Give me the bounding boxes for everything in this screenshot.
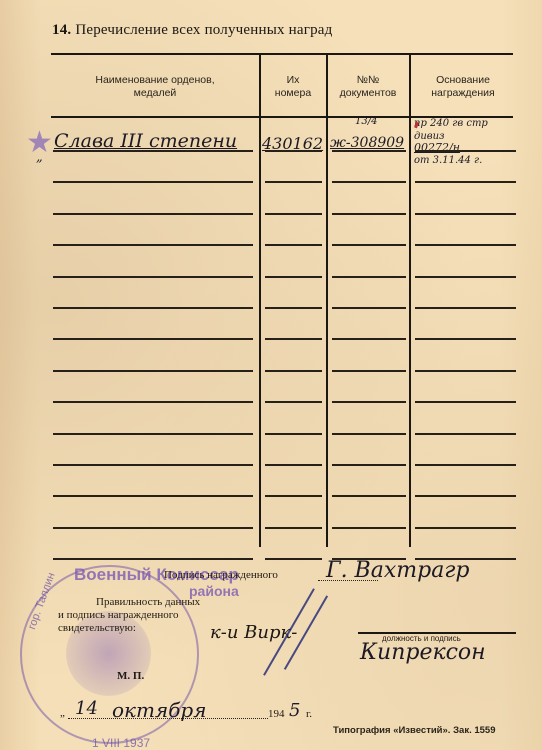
table-row-line <box>265 150 322 152</box>
table-row-line <box>332 370 406 372</box>
table-row-line <box>415 276 516 278</box>
stamp-date: 1 VIII 1937 <box>92 736 150 750</box>
award-basis-line-1: пр 240 гв стр <box>414 118 488 129</box>
table-row-line <box>53 527 253 529</box>
column-header-award-basis: Основание награждения <box>411 58 515 116</box>
table-row-line <box>332 150 406 152</box>
table-top-rule <box>51 53 513 55</box>
award-basis-line-3: 00272/н <box>414 141 460 154</box>
section-title: 14. Перечисление всех полученных наград <box>52 22 333 39</box>
table-row-line <box>415 244 516 246</box>
ditto-mark: „ <box>36 150 43 165</box>
table-row-line <box>53 464 253 466</box>
table-row-line <box>53 338 253 340</box>
column-divider <box>326 55 328 547</box>
table-row-line <box>265 433 322 435</box>
table-row-line <box>415 464 516 466</box>
seal-label: М. П. <box>117 670 144 682</box>
date-year-label: г. <box>306 708 312 720</box>
document-number-cell: ж-308909 <box>330 135 404 151</box>
table-row-line <box>415 370 516 372</box>
table-row-line <box>415 527 516 529</box>
table-row-line <box>332 338 406 340</box>
table-row-line <box>332 464 406 466</box>
recipient-signature-label: Подпись награжденного <box>164 569 278 581</box>
column-header-award-name: Наименование орденов, медалей <box>55 58 255 116</box>
column-header-numbers: Их номера <box>261 58 325 116</box>
date-month: октября <box>112 698 206 722</box>
table-row-line <box>265 558 322 560</box>
table-row-line <box>415 213 516 215</box>
table-row-line <box>53 433 253 435</box>
certify-text-line-2: и подпись награжденного <box>58 609 178 621</box>
table-row-line <box>53 213 253 215</box>
printer-footer: Типография «Известий». Зак. 1559 <box>333 725 496 736</box>
table-row-line <box>265 213 322 215</box>
table-row-line <box>53 276 253 278</box>
award-basis-line-4: от 3.11.44 г. <box>414 155 482 166</box>
table-row-line <box>53 307 253 309</box>
table-row-line <box>265 181 322 183</box>
table-row-line <box>332 433 406 435</box>
table-row-line <box>332 276 406 278</box>
table-row-line <box>265 307 322 309</box>
date-day: 14 <box>75 698 98 719</box>
table-row-line <box>53 244 253 246</box>
official-signature: Кипрексон <box>360 640 486 665</box>
document-number-top: 13/4 <box>355 116 377 127</box>
table-row-line <box>332 495 406 497</box>
table-row-line <box>265 464 322 466</box>
date-year-prefix: 194 <box>268 708 285 720</box>
table-row-line <box>265 276 322 278</box>
column-divider <box>409 55 411 547</box>
section-number: 14. <box>52 22 71 38</box>
table-row-line <box>53 495 253 497</box>
table-row-line <box>415 181 516 183</box>
table-row-line <box>332 401 406 403</box>
table-row-line <box>415 558 516 560</box>
table-row-line <box>53 370 253 372</box>
column-header-document-numbers: №№ документов <box>328 58 408 116</box>
table-row-line <box>332 527 406 529</box>
table-row-line <box>265 495 322 497</box>
table-row-line <box>415 338 516 340</box>
table-row-line <box>415 150 516 152</box>
table-row-line <box>265 401 322 403</box>
table-row-line <box>265 244 322 246</box>
table-row-line <box>332 244 406 246</box>
date-year-suffix: 5 <box>289 700 300 721</box>
table-row-line <box>415 495 516 497</box>
table-row-line <box>332 181 406 183</box>
table-row-line <box>332 307 406 309</box>
table-row-line <box>332 213 406 215</box>
award-name-cell: Слава III степени <box>54 130 237 152</box>
column-divider <box>259 55 261 547</box>
table-row-line <box>53 558 253 560</box>
table-row-line <box>265 527 322 529</box>
table-row-line <box>415 401 516 403</box>
table-row-line <box>415 433 516 435</box>
certify-text-line-1: Правильность данных <box>96 596 200 608</box>
table-row-line <box>332 558 406 560</box>
table-row-line <box>53 150 253 152</box>
table-row-line <box>53 181 253 183</box>
table-row-line <box>265 338 322 340</box>
table-row-line <box>53 401 253 403</box>
certify-text-line-3: свидетельствую: <box>58 622 136 634</box>
table-row-line <box>265 370 322 372</box>
date-open-quote: „ <box>60 707 65 719</box>
table-row-line <box>415 307 516 309</box>
recipient-signature: Г. Вахтрагр <box>326 558 470 583</box>
section-title-text: Перечисление всех полученных наград <box>75 22 332 38</box>
